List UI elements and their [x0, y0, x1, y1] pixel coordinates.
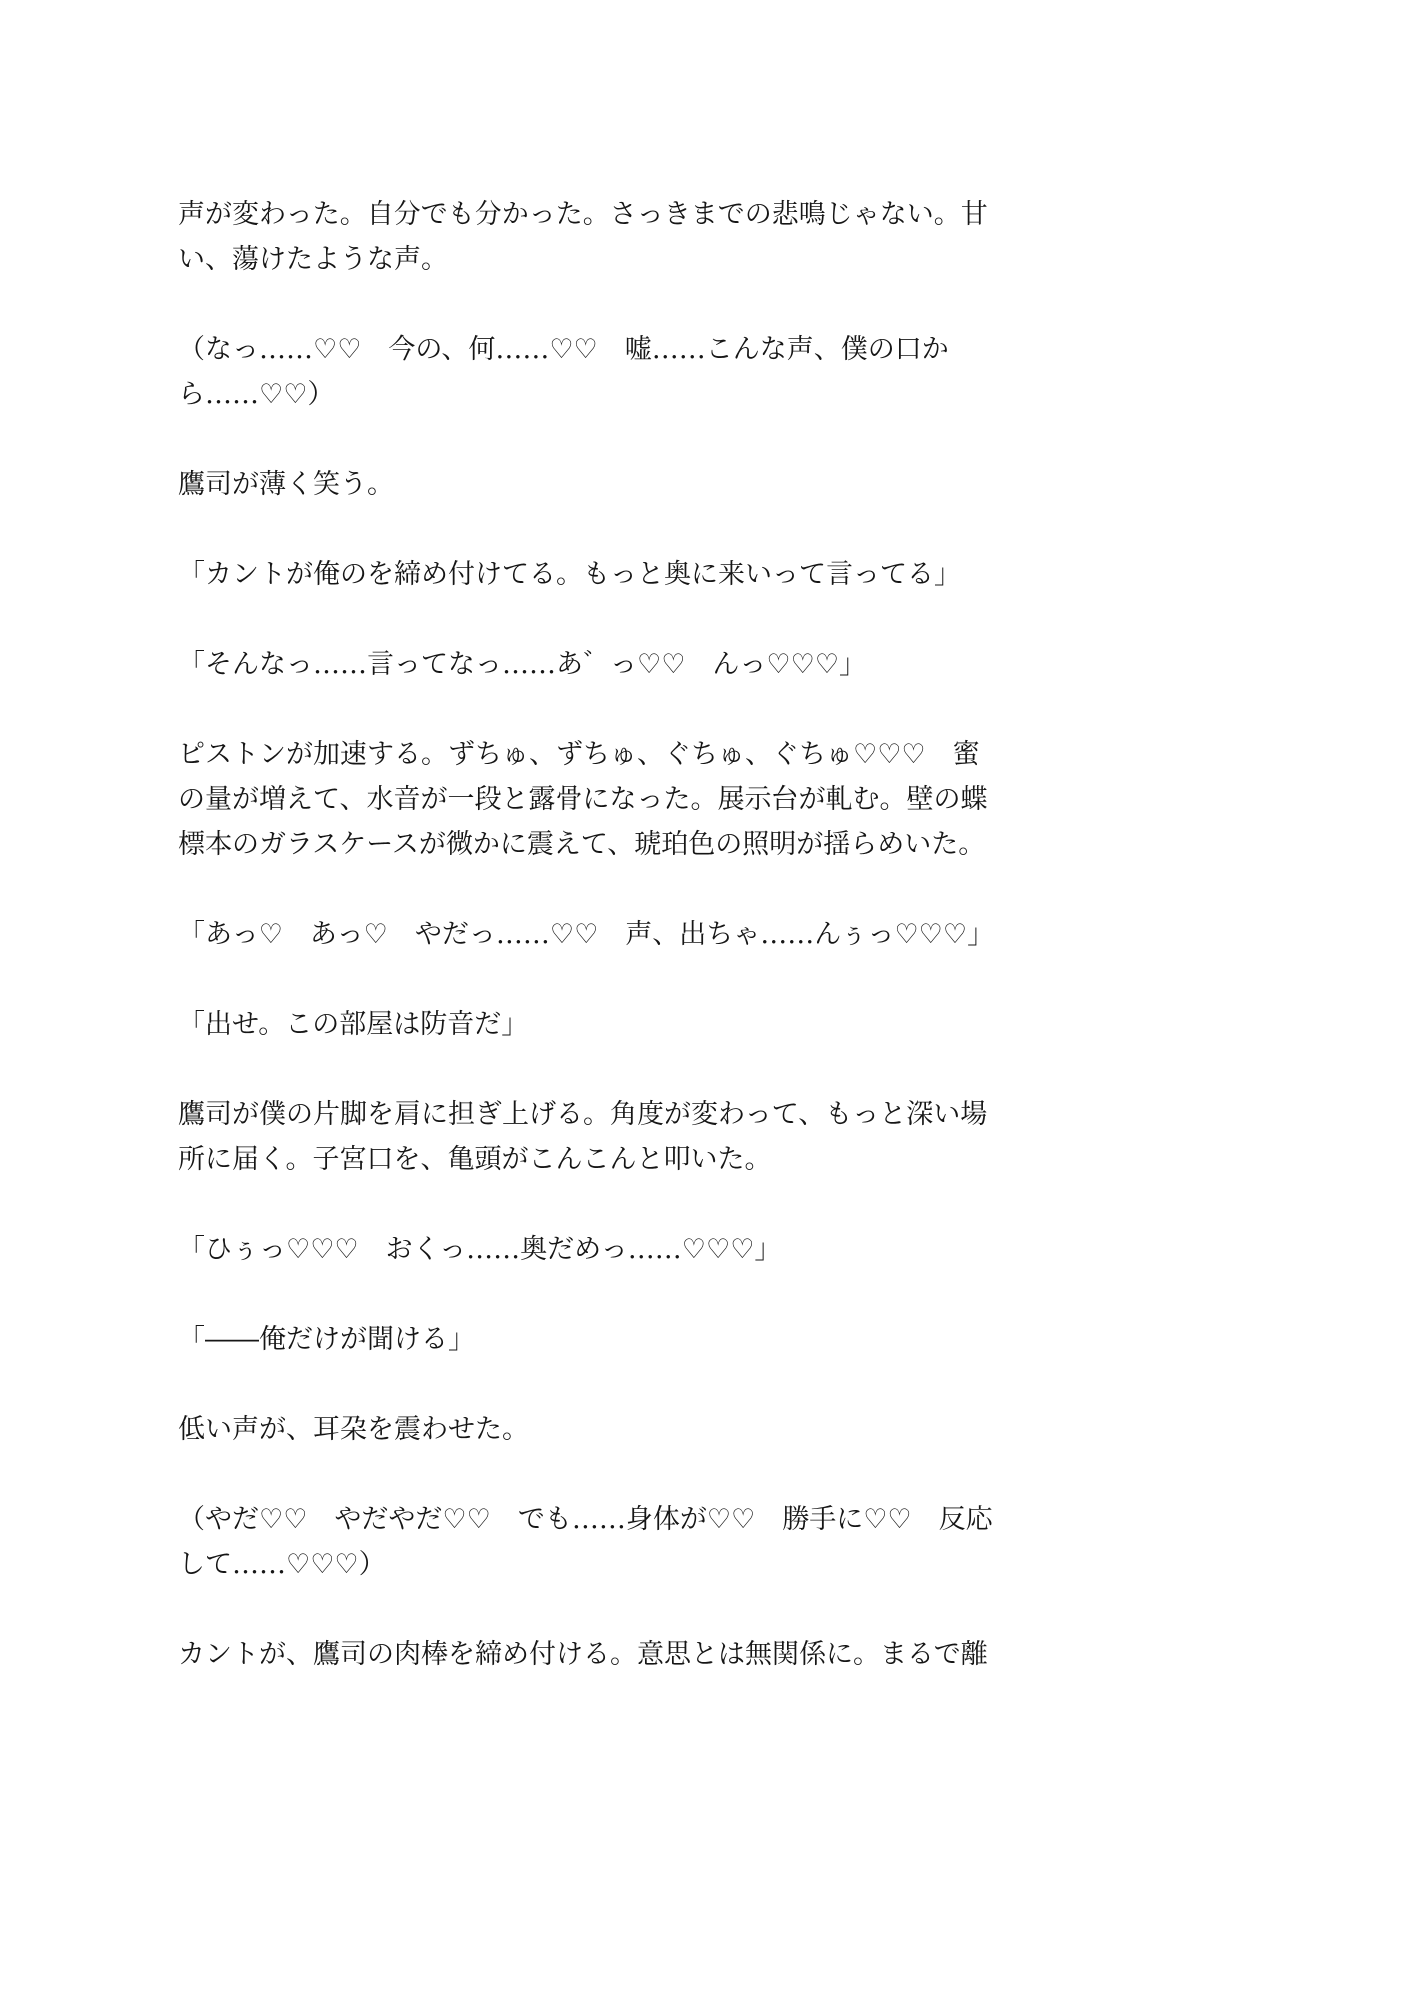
paragraph: 声が変わった。自分でも分かった。さっきまでの悲鳴じゃない。甘い、蕩けたような声。 — [178, 192, 993, 282]
paragraph: カントが、鷹司の肉棒を締め付ける。意思とは無関係に。まるで離 — [178, 1632, 993, 1677]
paragraph: 鷹司が僕の片脚を肩に担ぎ上げる。角度が変わって、もっと深い場所に届く。子宮口を、… — [178, 1092, 993, 1182]
paragraph: 「あっ♡ あっ♡ やだっ……♡♡ 声、出ちゃ……んぅっ♡♡♡」 — [178, 912, 993, 957]
paragraph: ピストンが加速する。ずちゅ、ずちゅ、ぐちゅ、ぐちゅ♡♡♡ 蜜の量が増えて、水音が… — [178, 732, 993, 867]
paragraph: 「ひぅっ♡♡♡ おくっ……奥だめっ……♡♡♡」 — [178, 1227, 993, 1272]
story-text-block: 声が変わった。自分でも分かった。さっきまでの悲鳴じゃない。甘い、蕩けたような声。… — [178, 192, 993, 1677]
paragraph: 「そんなっ……言ってなっ……あ゛っ♡♡ んっ♡♡♡」 — [178, 642, 993, 687]
paragraph: 「出せ。この部屋は防音だ」 — [178, 1002, 993, 1047]
paragraph: 「――俺だけが聞ける」 — [178, 1317, 993, 1362]
document-page: 声が変わった。自分でも分かった。さっきまでの悲鳴じゃない。甘い、蕩けたような声。… — [0, 0, 1415, 2000]
paragraph: 「カントが俺のを締め付けてる。もっと奥に来いって言ってる」 — [178, 552, 993, 597]
paragraph: 低い声が、耳朶を震わせた。 — [178, 1407, 993, 1452]
paragraph: （なっ……♡♡ 今の、何……♡♡ 嘘……こんな声、僕の口から……♡♡） — [178, 327, 993, 417]
paragraph: （やだ♡♡ やだやだ♡♡ でも……身体が♡♡ 勝手に♡♡ 反応して……♡♡♡） — [178, 1497, 993, 1587]
paragraph: 鷹司が薄く笑う。 — [178, 462, 993, 507]
